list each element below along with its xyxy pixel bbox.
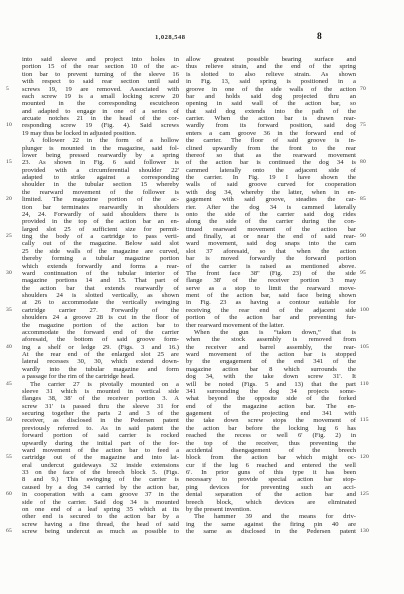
text-line: by the present invention.	[186, 506, 356, 513]
text-line: in Fig. 13, said spring is positioned in…	[186, 78, 356, 85]
text-line: 45The carrier 27 is pivotally mounted on…	[22, 381, 179, 388]
text-line: the action bar that extends rearwardly o…	[22, 285, 179, 292]
text-line: with dog 34, whereby the latter, when in…	[186, 189, 356, 196]
line-text: wardly from its forward position, said d…	[186, 122, 356, 129]
text-line: magazine action bar 8 which surrounds th…	[186, 366, 356, 373]
line-text: the top of the receiver, thus preventing…	[186, 440, 356, 447]
line-text: groove in one of the side walls of the a…	[186, 86, 356, 93]
text-line: thereof so that as the rearward movement	[186, 152, 356, 159]
text-line: the magazine portion of the action bar t…	[22, 322, 179, 329]
line-text: shoulder in the tubular section 15 where…	[22, 181, 179, 188]
text-line: the top of the receiver, thus preventing…	[186, 440, 356, 447]
line-text: gagement of the projecting end 341 with	[186, 410, 356, 417]
line-number: 40	[6, 344, 19, 351]
text-line: necessary to provide special action bar …	[186, 476, 356, 483]
text-line: caused by a dog 34 carried by the action…	[22, 484, 179, 491]
text-line: serve as a stop to limit the rearward mo…	[186, 285, 356, 292]
text-line: 30ward continuation of the tubular inter…	[22, 270, 179, 277]
text-line: flanges 38, 38' of the receiver portion …	[22, 395, 179, 402]
line-text: dog 34, with the take down screw 31'. It	[186, 373, 356, 380]
text-line: 60in cooperation with a cam groove 37 in…	[22, 491, 179, 498]
line-text: accidental disengagement of the breech	[186, 447, 356, 454]
line-text: the rearward movement of the follower is	[22, 189, 179, 196]
line-text: previously referred to. As in said paten…	[22, 425, 179, 432]
line-text: cammed laterally onto the adjacent side …	[186, 167, 356, 174]
line-text: 24, 24. Forwardly of said shoulders ther…	[22, 211, 179, 218]
text-line: tion bar terminates rearwardly in should…	[22, 204, 179, 211]
line-text: by the engagement of the end 341 of the	[186, 358, 356, 365]
line-text: 6'. In prior guns of this type it has be…	[186, 469, 356, 476]
line-text: opening in said wall of the action bar, …	[186, 100, 356, 107]
text-line: shoulders 24 is slotted vertically, as s…	[22, 292, 179, 299]
text-line: aforesaid, the bottom of said groove for…	[22, 336, 179, 343]
line-text: in cooperation with a cam groove 37 in t…	[22, 491, 179, 498]
line-text: on one end of a leaf spring 35 which at …	[22, 506, 179, 513]
text-line: screw 31' is passed thru the sleeve 31 f…	[22, 403, 179, 410]
text-line: slot 37 aforesaid, so that when the acti…	[186, 248, 356, 255]
line-number: 105	[360, 344, 375, 351]
text-line: 40ing a shelf or ledge 29. (Figs. 3 and …	[22, 344, 179, 351]
line-text: accommodate the forward end of the carri…	[22, 329, 179, 336]
line-text: receiver, as disclosed in the Pedersen p…	[22, 417, 179, 424]
text-line: enters a cam groove 36 in the forward en…	[186, 130, 356, 137]
line-text: lateral recesses 30, 30, which extend do…	[22, 358, 179, 365]
line-text: in Fig. 23 as having a contour suitable …	[186, 299, 356, 306]
text-line: a passage for the rim of the cartridge h…	[22, 373, 179, 380]
line-text: slot 37 aforesaid, so that when the acti…	[186, 248, 356, 255]
line-number: 90	[360, 233, 375, 240]
text-line: 25 the side walls of the magazine are cu…	[22, 248, 179, 255]
text-line: bar is moved forwardly the forward porti…	[186, 255, 356, 262]
text-line: securing together the parts 2 and 3 of t…	[22, 410, 179, 417]
line-number: 85	[360, 196, 375, 203]
line-number: 55	[6, 454, 19, 461]
line-text: ward movement of the action bar to feed …	[22, 447, 179, 454]
text-line: 100receiving the rear end of the adjacen…	[186, 307, 356, 314]
line-number: 130	[360, 528, 375, 535]
line-text: the carrier. In Fig. 19 I have shown the	[186, 174, 356, 181]
line-text: arcuate notches 21 in the head of the co…	[22, 115, 179, 122]
text-line: 80of the action bar is continued the dog…	[186, 159, 356, 166]
line-number: 5	[6, 86, 19, 93]
line-text: adapted to strike against a correspondin…	[22, 174, 179, 181]
line-text: thereby forming a tubular magazine porti…	[22, 255, 179, 262]
line-text: clined upwardly from the front to the re…	[186, 145, 356, 152]
line-text: with respect to said rear section until …	[22, 78, 179, 85]
line-text: ing the same against the firing pin 40 a…	[186, 521, 356, 528]
line-text: and adapted to engage in one of a series…	[22, 108, 179, 115]
line-text: which extends forwardly and forms a rear…	[22, 263, 179, 270]
line-text: flanges 38, 38' of the receiver portion …	[22, 395, 179, 402]
line-text: is slotted to also relieve strain. As sh…	[186, 71, 356, 78]
text-line: 105the receiver and barrel assembly, the…	[186, 344, 356, 351]
line-text: along the side of the carrier during the…	[186, 218, 356, 225]
line-text: sleeve 31 which is mounted in vertical s…	[22, 388, 179, 395]
line-text: lower being pressed rearwardly by a spri…	[22, 152, 179, 159]
line-text: tinued rearward movement of the action b…	[186, 226, 356, 233]
text-line: cally out of the magazine. Below said sl…	[22, 240, 179, 247]
line-text: portion 15 of the rear section 10 of the…	[22, 63, 179, 70]
text-line: 25ting the body of a cartridge to pass v…	[22, 233, 179, 240]
text-line: gagement of the projecting end 341 with	[186, 410, 356, 417]
line-text: the take down screw stops the movement o…	[186, 417, 356, 424]
text-line: walls of said groove curved for cooperat…	[186, 181, 356, 188]
line-number: 10	[6, 122, 19, 129]
text-line: 85gagement with said groove, steadies th…	[186, 196, 356, 203]
text-line: 10responding screw 19 (Fig. 4). Said scr…	[22, 122, 179, 129]
line-text: reached the recess or well 6' (Fig. 2) i…	[186, 432, 356, 439]
line-text: magazine portions 14 and 15. That part o…	[22, 277, 179, 284]
line-text: 341 surrounding the dog 34 projects some…	[186, 388, 356, 395]
line-number: 35	[6, 307, 19, 314]
text-line: portion 15 of the rear section 10 of the…	[22, 63, 179, 70]
line-text: receiving the rear end of the adjacent s…	[186, 307, 356, 314]
line-text: dental separation of the action bar and	[186, 491, 356, 498]
text-line: ward movement, said dog snaps into the c…	[186, 240, 356, 247]
text-line: shoulder in the tubular section 15 where…	[22, 181, 179, 188]
line-text: caused by a dog 34 carried by the action…	[22, 484, 179, 491]
line-text: when the stock assembly is removed from	[186, 336, 356, 343]
text-line: eral undercut guideways 32 inside extens…	[22, 462, 179, 469]
text-line: 35cartridge carrier 27. Forwardly of the	[22, 307, 179, 314]
text-line: ward movement of the action bar to feed …	[22, 447, 179, 454]
text-line: screw having a fine thread, the head of …	[22, 521, 179, 528]
line-text: end of the magazine action bar. The en-	[186, 403, 356, 410]
line-text: thus relieve strain, and the end of the …	[186, 63, 356, 70]
text-line: mounted in the corresponding escutcheon	[22, 100, 179, 107]
text-line: 8 and 9.) This swinging of the carrier i…	[22, 476, 179, 483]
line-number: 60	[6, 491, 19, 498]
line-text: ing a shelf or ledge 29. (Figs. 3 and 16…	[22, 344, 179, 351]
line-text: responding screw 19 (Fig. 4). Said screw…	[22, 122, 179, 129]
line-text: block from the action bar which might oc…	[186, 454, 356, 461]
line-text: in Fig. 13, said spring is positioned in…	[186, 78, 356, 85]
line-text: tion bar terminates rearwardly in should…	[22, 204, 179, 211]
patent-page: 1,028,548 8 into said sleeve and project…	[0, 0, 404, 594]
text-line: what beyond the opposite side of the for…	[186, 395, 356, 402]
line-text: walls of said groove curved for cooperat…	[186, 181, 356, 188]
line-number: 80	[360, 159, 375, 166]
line-text: that said dog extends into the path of t…	[186, 108, 356, 115]
line-text: The carrier 27 is pivotally mounted on a	[30, 381, 179, 388]
left-text-column: into said sleeve and project into holes …	[22, 56, 179, 535]
line-text: other end is secured to the action bar b…	[22, 513, 179, 520]
line-text: A follower 22 in the form of a hollow	[30, 137, 179, 144]
text-line: 33 on the face of the breech block 5. (F…	[22, 469, 179, 476]
line-number: 65	[6, 528, 19, 535]
line-text: portion of the action bar and preventing…	[186, 314, 356, 321]
line-number: 25	[6, 233, 19, 240]
line-text: cartridge out of the magazine and into l…	[22, 454, 179, 461]
text-line: 50receiver, as disclosed in the Pedersen…	[22, 417, 179, 424]
text-line: 65screw being undercut as much as possib…	[22, 528, 179, 535]
line-text: of the carrier is raised as mentioned ab…	[186, 263, 356, 270]
line-text: with dog 34, whereby the latter, when in…	[186, 189, 356, 196]
line-text: the carrier. The floor of said groove is…	[186, 137, 356, 144]
line-text: by the present invention.	[186, 506, 251, 513]
page-number: 8	[317, 32, 322, 42]
text-line: end of the magazine action bar. The en-	[186, 403, 356, 410]
text-line: is slotted to also relieve strain. As sh…	[186, 71, 356, 78]
text-line: tion bar to prevent turning of the sleev…	[22, 71, 179, 78]
line-text: ting the body of a cartridge to pass ver…	[22, 233, 179, 240]
right-text-column: allow greatest possible bearing surface …	[186, 56, 356, 535]
line-number: 45	[6, 381, 19, 388]
line-text: screw being undercut as much as possible…	[22, 528, 179, 535]
text-line: with respect to said rear section until …	[22, 78, 179, 85]
text-line: cammed laterally onto the adjacent side …	[186, 167, 356, 174]
line-text: shoulders 24 a groove 28 is cut in the f…	[22, 314, 179, 321]
line-text: gagement with said groove, steadies the …	[186, 196, 356, 203]
line-text: each screw 19 is a small locking screw 2…	[22, 93, 179, 100]
line-text: When the gun is “taken down,” that is	[194, 329, 356, 336]
text-line: 1523. As shown in Fig. 6 said follower i…	[22, 159, 179, 166]
line-number: 30	[6, 270, 19, 277]
line-text: the same as disclosed in the Pedersen pa…	[186, 528, 356, 535]
line-text: shoulders 24 is slotted vertically, as s…	[22, 292, 179, 299]
text-line: each screw 19 is a small locking screw 2…	[22, 93, 179, 100]
line-text: onto the side of the carrier said dog ri…	[186, 211, 356, 218]
line-text: what beyond the opposite side of the for…	[186, 395, 356, 402]
line-text: ther rearward movement of the latter.	[186, 322, 284, 329]
text-line: lateral recesses 30, 30, which extend do…	[22, 358, 179, 365]
line-text: securing together the parts 2 and 3 of t…	[22, 410, 179, 417]
line-number: 95	[360, 270, 375, 277]
line-number: 75	[360, 122, 375, 129]
text-line: shoulders 24 a groove 28 is cut in the f…	[22, 314, 179, 321]
text-line: wardly into the tubular magazine and for…	[22, 366, 179, 373]
text-line: 19 may thus be locked in adjusted positi…	[22, 130, 179, 137]
text-line: side of the carrier. Said dog 34 is moun…	[22, 499, 179, 506]
line-text: screw 31' is passed thru the sleeve 31 f…	[22, 403, 179, 410]
text-line: flange 38' of the receiver portion 3 may	[186, 277, 356, 284]
line-text: serve as a stop to limit the rearward mo…	[186, 285, 356, 292]
text-line: in Fig. 23 as having a contour suitable …	[186, 299, 356, 306]
line-text: ward continuation of the tubular interio…	[22, 270, 179, 277]
line-text: ward movement of the action bar is stopp…	[186, 351, 356, 358]
text-line: dog 34, with the take down screw 31'. It	[186, 373, 356, 380]
text-line: the action bar before the locking lug 6 …	[186, 425, 356, 432]
text-line: At the rear end of the enlarged slot 25 …	[22, 351, 179, 358]
line-text: screws 19, 19 are removed. Associated wi…	[22, 86, 179, 93]
line-text: eral undercut guideways 32 inside extens…	[22, 462, 179, 469]
line-text: carrier. When the action bar is drawn re…	[186, 115, 356, 122]
line-text: tion bar to prevent turning of the sleev…	[22, 71, 179, 78]
line-text: bar is moved forwardly the forward porti…	[186, 255, 356, 262]
text-line: forward portion of said carrier is rocke…	[22, 432, 179, 439]
line-text: the action bar that extends rearwardly o…	[22, 285, 179, 292]
line-text: flange 38' of the receiver portion 3 may	[186, 277, 356, 284]
line-text: ward movement, said dog snaps into the c…	[186, 240, 356, 247]
text-line: A follower 22 in the form of a hollow	[22, 137, 179, 144]
text-line: 341 surrounding the dog 34 projects some…	[186, 388, 356, 395]
line-text: side of the carrier. Said dog 34 is moun…	[22, 499, 179, 506]
text-line: clined upwardly from the front to the re…	[186, 145, 356, 152]
text-line: into said sleeve and project into holes …	[22, 56, 179, 63]
text-line: the carrier. The floor of said groove is…	[186, 137, 356, 144]
line-text: larged slot 25 of sufficient size for pe…	[22, 226, 179, 233]
text-line: 95The front face 38'' (Fig. 23) of the s…	[186, 270, 356, 277]
line-number: 15	[6, 159, 19, 166]
text-line: 130the same as disclosed in the Pedersen…	[186, 528, 356, 535]
text-line: breech block, which devices are eliminat…	[186, 499, 356, 506]
text-line: lower being pressed rearwardly by a spri…	[22, 152, 179, 159]
line-text: thereof so that as the rearward movement	[186, 152, 356, 159]
line-text: At the rear end of the enlarged slot 25 …	[22, 351, 179, 358]
line-text: at 26 to accommodate the vertically swin…	[22, 299, 179, 306]
text-line: bar and holds said dog projected thru an	[186, 93, 356, 100]
text-line: 125dental separation of the action bar a…	[186, 491, 356, 498]
text-line: on one end of a leaf spring 35 which at …	[22, 506, 179, 513]
line-number: 20	[6, 196, 19, 203]
text-line: cur if the lug 6 reached and entered the…	[186, 462, 356, 469]
text-line: of the carrier is raised as mentioned ab…	[186, 263, 356, 270]
text-line: thus relieve strain, and the end of the …	[186, 63, 356, 70]
line-text: will be noted (Figs. 5 and 13) that the …	[186, 381, 356, 388]
line-text: aforesaid, the bottom of said groove for…	[22, 336, 179, 343]
text-line: opening in said wall of the action bar, …	[186, 100, 356, 107]
line-text: provided with a circumferential shoulder…	[22, 167, 179, 174]
line-text: mounted in the corresponding escutcheon	[22, 100, 179, 107]
text-line: at 26 to accommodate the vertically swin…	[22, 299, 179, 306]
text-line: ment of the action bar, said face being …	[186, 292, 356, 299]
text-line: along the side of the carrier during the…	[186, 218, 356, 225]
text-line: 115the take down screw stops the movemen…	[186, 417, 356, 424]
text-line: previously referred to. As in said paten…	[22, 425, 179, 432]
line-text: The hammer 39 and the means for driv-	[194, 513, 356, 520]
line-text: cally out of the magazine. Below said sl…	[22, 240, 179, 247]
text-line: 20limited. The magazine portion of the a…	[22, 196, 179, 203]
text-line: 70groove in one of the side walls of the…	[186, 86, 356, 93]
text-line: ping devices for preventing such an acci…	[186, 484, 356, 491]
line-number: 120	[360, 454, 375, 461]
text-line: accommodate the forward end of the carri…	[22, 329, 179, 336]
line-text: wardly into the tubular magazine and for…	[22, 366, 179, 373]
text-line: 90and finally, at or near the end of sai…	[186, 233, 356, 240]
patent-number: 1,028,548	[155, 34, 186, 41]
text-line: plunger is mounted in the magazine, said…	[22, 145, 179, 152]
text-line: portion of the action bar and preventing…	[186, 314, 356, 321]
line-text: plunger is mounted in the magazine, said…	[22, 145, 179, 152]
text-line: 120block from the action bar which might…	[186, 454, 356, 461]
text-line: onto the side of the carrier said dog ri…	[186, 211, 356, 218]
line-text: the receiver and barrel assembly, the re…	[186, 344, 356, 351]
text-line: thereby forming a tubular magazine porti…	[22, 255, 179, 262]
line-text: bar and holds said dog projected thru an	[186, 93, 356, 100]
text-line: ward movement of the action bar is stopp…	[186, 351, 356, 358]
line-text: rier. After the dog 34 is cammed lateral…	[186, 204, 356, 211]
line-number: 50	[6, 417, 19, 424]
line-text: into said sleeve and project into holes …	[22, 56, 179, 63]
line-number: 70	[360, 86, 375, 93]
text-line: upwardly during the initial part of the …	[22, 440, 179, 447]
text-line: when the stock assembly is removed from	[186, 336, 356, 343]
text-line: provided with a circumferential shoulder…	[22, 167, 179, 174]
line-text: 23. As shown in Fig. 6 said follower is	[22, 159, 179, 166]
text-line: 24, 24. Forwardly of said shoulders ther…	[22, 211, 179, 218]
text-line: sleeve 31 which is mounted in vertical s…	[22, 388, 179, 395]
text-line: 6'. In prior guns of this type it has be…	[186, 469, 356, 476]
line-text: The front face 38'' (Fig. 23) of the sid…	[186, 270, 356, 277]
text-line: 5screws 19, 19 are removed. Associated w…	[22, 86, 179, 93]
text-line: rier. After the dog 34 is cammed lateral…	[186, 204, 356, 211]
text-line: which extends forwardly and forms a rear…	[22, 263, 179, 270]
text-line: larged slot 25 of sufficient size for pe…	[22, 226, 179, 233]
text-line: ing the same against the firing pin 40 a…	[186, 521, 356, 528]
line-text: allow greatest possible bearing surface …	[186, 56, 356, 63]
text-line: carrier. When the action bar is drawn re…	[186, 115, 356, 122]
line-text: a passage for the rim of the cartridge h…	[22, 373, 135, 380]
line-text: screw having a fine thread, the head of …	[22, 521, 179, 528]
text-line: provided in the top of the action bar an…	[22, 218, 179, 225]
line-text: forward portion of said carrier is rocke…	[22, 432, 179, 439]
line-text: ment of the action bar, said face being …	[186, 292, 356, 299]
text-line: the rearward movement of the follower is	[22, 189, 179, 196]
text-line: allow greatest possible bearing surface …	[186, 56, 356, 63]
line-text: and finally, at or near the end of said …	[186, 233, 356, 240]
line-number: 115	[360, 417, 375, 424]
text-line: reached the recess or well 6' (Fig. 2) i…	[186, 432, 356, 439]
text-line: ther rearward movement of the latter.	[186, 322, 356, 329]
line-number: 110	[360, 381, 375, 388]
line-text: the magazine portion of the action bar t…	[22, 322, 179, 329]
line-text: upwardly during the initial part of the …	[22, 440, 179, 447]
text-line: the carrier. In Fig. 19 I have shown the	[186, 174, 356, 181]
line-number: 125	[360, 491, 375, 498]
text-line: 110will be noted (Figs. 5 and 13) that t…	[186, 381, 356, 388]
line-text: provided in the top of the action bar an…	[22, 218, 179, 225]
line-text: the action bar before the locking lug 6 …	[186, 425, 356, 432]
text-line: When the gun is “taken down,” that is	[186, 329, 356, 336]
text-line: other end is secured to the action bar b…	[22, 513, 179, 520]
text-line: by the engagement of the end 341 of the	[186, 358, 356, 365]
line-text: necessary to provide special action bar …	[186, 476, 356, 483]
text-line: tinued rearward movement of the action b…	[186, 226, 356, 233]
text-line: that said dog extends into the path of t…	[186, 108, 356, 115]
line-text: breech block, which devices are eliminat…	[186, 499, 356, 506]
line-text: limited. The magazine portion of the ac-	[22, 196, 179, 203]
text-line: 75wardly from its forward position, said…	[186, 122, 356, 129]
line-text: 33 on the face of the breech block 5. (F…	[22, 469, 179, 476]
line-text: 25 the side walls of the magazine are cu…	[22, 248, 179, 255]
line-number: 100	[360, 307, 375, 314]
line-text: cartridge carrier 27. Forwardly of the	[22, 307, 179, 314]
text-line: 55cartridge out of the magazine and into…	[22, 454, 179, 461]
line-text: 19 may thus be locked in adjusted positi…	[22, 130, 136, 137]
text-line: The hammer 39 and the means for driv-	[186, 513, 356, 520]
text-line: arcuate notches 21 in the head of the co…	[22, 115, 179, 122]
text-line: magazine portions 14 and 15. That part o…	[22, 277, 179, 284]
text-line: adapted to strike against a correspondin…	[22, 174, 179, 181]
line-text: 8 and 9.) This swinging of the carrier i…	[22, 476, 179, 483]
text-line: and adapted to engage in one of a series…	[22, 108, 179, 115]
line-text: ping devices for preventing such an acci…	[186, 484, 356, 491]
line-text: cur if the lug 6 reached and entered the…	[186, 462, 356, 469]
line-text: magazine action bar 8 which surrounds th…	[186, 366, 356, 373]
line-text: enters a cam groove 36 in the forward en…	[186, 130, 356, 137]
text-line: accidental disengagement of the breech	[186, 447, 356, 454]
line-text: of the action bar is continued the dog 3…	[186, 159, 356, 166]
